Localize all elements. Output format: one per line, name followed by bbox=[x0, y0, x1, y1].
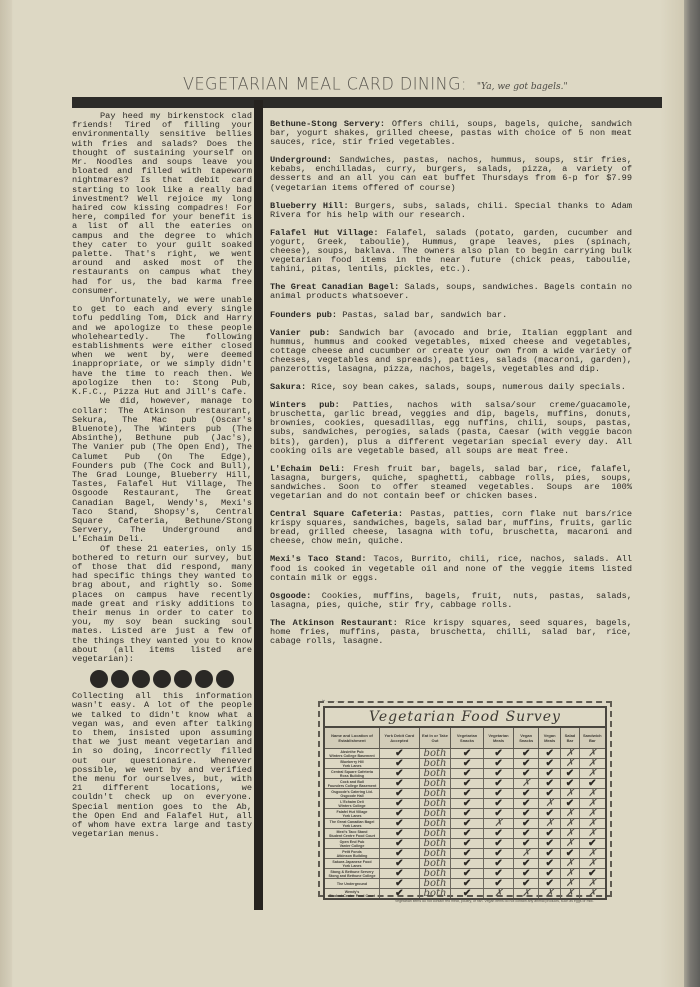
survey-row: Cock and BullFounders College Basement✔b… bbox=[324, 779, 606, 789]
check-mark-icon: ✔ bbox=[451, 749, 483, 759]
check-mark-icon: ✔ bbox=[483, 809, 514, 819]
eat-in-take-out-value: both bbox=[419, 779, 451, 789]
establishment-cell: The Underground bbox=[324, 879, 380, 889]
survey-row: The Underground✔both✔✔✔✔✗✗ bbox=[324, 879, 606, 889]
masthead: VEGETARIAN MEAL CARD DINING: "Ya, we got… bbox=[183, 74, 603, 96]
establishment-cell: Wendy'sStudent Centre Food Court bbox=[324, 889, 380, 900]
check-mark-icon: ✔ bbox=[483, 829, 514, 839]
check-mark-icon: ✔ bbox=[380, 869, 420, 879]
establishment-location: Founders College Basement bbox=[325, 784, 379, 788]
separator-dot bbox=[111, 670, 129, 688]
check-mark-icon: ✔ bbox=[380, 839, 420, 849]
check-mark-icon: ✔ bbox=[539, 879, 561, 889]
establishment-cell: Open End PubVanier College bbox=[324, 839, 380, 849]
check-mark-icon: ✔ bbox=[483, 839, 514, 849]
survey-row: Blueberry HillYork Lanes✔both✔✔✔✔✗✗ bbox=[324, 759, 606, 769]
check-mark-icon: ✔ bbox=[539, 829, 561, 839]
x-mark-icon: ✗ bbox=[561, 829, 579, 839]
check-mark-icon: ✔ bbox=[380, 879, 420, 889]
x-mark-icon: ✗ bbox=[483, 819, 514, 829]
x-mark-icon: ✗ bbox=[514, 779, 539, 789]
survey-column-header: Sandwich Bar bbox=[579, 727, 606, 749]
x-mark-icon: ✗ bbox=[579, 799, 606, 809]
establishment-location: York Lanes bbox=[325, 824, 379, 828]
x-mark-icon: ✗ bbox=[579, 759, 606, 769]
survey-column-header: Eat In or Take Out bbox=[419, 727, 451, 749]
survey-row: Mexi's Taco StandStudent Centre Food Cou… bbox=[324, 829, 606, 839]
establishment-cell: Central Square CafeteriaRoss Building bbox=[324, 769, 380, 779]
header-rule bbox=[72, 97, 662, 108]
x-mark-icon: ✗ bbox=[514, 889, 539, 900]
x-mark-icon: ✗ bbox=[561, 809, 579, 819]
establishment-name: Central Square Cafeteria bbox=[325, 770, 379, 774]
listing-entry: Founders pub: Pastas, salad bar, sandwic… bbox=[270, 311, 632, 320]
check-mark-icon: ✔ bbox=[514, 759, 539, 769]
check-mark-icon: ✔ bbox=[539, 839, 561, 849]
x-mark-icon: ✗ bbox=[579, 809, 606, 819]
x-mark-icon: ✗ bbox=[514, 849, 539, 859]
x-mark-icon: ✗ bbox=[579, 819, 606, 829]
x-mark-icon: ✗ bbox=[539, 799, 561, 809]
establishment-cell: L'Echaim DeliWinters College bbox=[324, 799, 380, 809]
listing-entry: Bethune-Stong Servery: Offers chili, sou… bbox=[270, 120, 632, 147]
check-mark-icon: ✔ bbox=[579, 839, 606, 849]
check-mark-icon: ✔ bbox=[483, 859, 514, 869]
check-mark-icon: ✔ bbox=[380, 809, 420, 819]
survey-column-header: Name and Location of Establishment bbox=[324, 727, 380, 749]
listing-name: Founders pub: bbox=[270, 310, 337, 320]
x-mark-icon: ✗ bbox=[539, 819, 561, 829]
page-fold-shadow bbox=[0, 0, 12, 987]
eat-in-take-out-value: both bbox=[419, 789, 451, 799]
x-mark-icon: ✗ bbox=[561, 889, 579, 900]
check-mark-icon: ✔ bbox=[483, 879, 514, 889]
establishment-location: York Lanes bbox=[325, 814, 379, 818]
check-mark-icon: ✔ bbox=[514, 829, 539, 839]
check-mark-icon: ✔ bbox=[539, 779, 561, 789]
separator-dot bbox=[195, 670, 213, 688]
establishment-location: Winters College bbox=[325, 804, 379, 808]
listing-entry: Central Square Cafeteria: Pastas, pattie… bbox=[270, 510, 632, 546]
survey-column-header: Vegan Snacks bbox=[514, 727, 539, 749]
check-mark-icon: ✔ bbox=[483, 759, 514, 769]
check-mark-icon: ✔ bbox=[451, 869, 483, 879]
listing-entry: Mexi's Taco Stand: Tacos, Burrito, chili… bbox=[270, 555, 632, 582]
survey-cutout: Vegetarian Food Survey Name and Location… bbox=[318, 701, 612, 897]
eat-in-take-out-value: both bbox=[419, 839, 451, 849]
check-mark-icon: ✔ bbox=[451, 849, 483, 859]
survey-row: Central Square CafeteriaRoss Building✔bo… bbox=[324, 769, 606, 779]
check-mark-icon: ✔ bbox=[539, 869, 561, 879]
establishment-cell: Falafel Hut VillageYork Lanes bbox=[324, 809, 380, 819]
establishment-location: Atkinson Building bbox=[325, 854, 379, 858]
x-mark-icon: ✗ bbox=[561, 839, 579, 849]
scanner-edge bbox=[684, 0, 700, 987]
survey-row: Open End PubVanier College✔both✔✔✔✔✗✔ bbox=[324, 839, 606, 849]
eat-in-take-out-value: both bbox=[419, 769, 451, 779]
x-mark-icon: ✗ bbox=[579, 889, 606, 900]
survey-row: Sakura Japanese FoodYork Lanes✔both✔✔✔✔✗… bbox=[324, 859, 606, 869]
listing-entry: Underground: Sandwiches, pastas, nachos,… bbox=[270, 156, 632, 192]
x-mark-icon: ✗ bbox=[579, 829, 606, 839]
x-mark-icon: ✗ bbox=[579, 859, 606, 869]
check-mark-icon: ✔ bbox=[380, 819, 420, 829]
check-mark-icon: ✔ bbox=[380, 859, 420, 869]
check-mark-icon: ✔ bbox=[539, 749, 561, 759]
survey-header-row: Name and Location of EstablishmentYork D… bbox=[324, 727, 606, 749]
check-mark-icon: ✔ bbox=[539, 769, 561, 779]
establishment-location: Osgoode Hall bbox=[325, 794, 379, 798]
masthead-title: VEGETARIAN MEAL CARD DINING: bbox=[183, 74, 467, 94]
check-mark-icon: ✔ bbox=[483, 749, 514, 759]
check-mark-icon: ✔ bbox=[514, 859, 539, 869]
check-mark-icon: ✔ bbox=[483, 849, 514, 859]
check-mark-icon: ✔ bbox=[483, 789, 514, 799]
x-mark-icon: ✗ bbox=[561, 759, 579, 769]
listing-entry: The Great Canadian Bagel: Salads, soups,… bbox=[270, 283, 632, 301]
separator-dot bbox=[132, 670, 150, 688]
eat-in-take-out-value: both bbox=[419, 819, 451, 829]
check-mark-icon: ✔ bbox=[483, 769, 514, 779]
check-mark-icon: ✔ bbox=[451, 759, 483, 769]
check-mark-icon: ✔ bbox=[483, 779, 514, 789]
check-mark-icon: ✔ bbox=[539, 849, 561, 859]
check-mark-icon: ✔ bbox=[483, 869, 514, 879]
check-mark-icon: ✔ bbox=[514, 809, 539, 819]
closing-paragraph: Collecting all this information wasn't e… bbox=[72, 692, 252, 839]
establishment-cell: Absinthe PubWinters College Basement bbox=[324, 749, 380, 759]
listing-entry: The Atkinson Restaurant: Rice krispy squ… bbox=[270, 619, 632, 646]
listing-text: Rice, soy bean cakes, salads, soups, num… bbox=[306, 382, 626, 392]
eat-in-take-out-value: both bbox=[419, 849, 451, 859]
survey-row: Wendy'sStudent Centre Food Court✔both✔✗✗… bbox=[324, 889, 606, 900]
check-mark-icon: ✔ bbox=[380, 769, 420, 779]
intro-paragraph: Pay heed my birkenstock clad friends! Ti… bbox=[72, 112, 252, 296]
check-mark-icon: ✔ bbox=[483, 799, 514, 809]
separator-dot bbox=[153, 670, 171, 688]
survey-row: Absinthe PubWinters College Basement✔bot… bbox=[324, 749, 606, 759]
eat-in-take-out-value: both bbox=[419, 759, 451, 769]
check-mark-icon: ✔ bbox=[451, 829, 483, 839]
check-mark-icon: ✔ bbox=[451, 879, 483, 889]
check-mark-icon: ✔ bbox=[539, 789, 561, 799]
check-mark-icon: ✔ bbox=[539, 759, 561, 769]
separator-dot bbox=[90, 670, 108, 688]
check-mark-icon: ✔ bbox=[451, 859, 483, 869]
establishment-location: York Lanes bbox=[325, 864, 379, 868]
eat-in-take-out-value: both bbox=[419, 829, 451, 839]
survey-row: Osgoode's Catering Ltd.Osgoode Hall✔both… bbox=[324, 789, 606, 799]
x-mark-icon: ✗ bbox=[579, 789, 606, 799]
listing-entry: Falafel Hut Village: Falafel, salads (po… bbox=[270, 229, 632, 274]
eat-in-take-out-value: both bbox=[419, 859, 451, 869]
check-mark-icon: ✔ bbox=[451, 839, 483, 849]
check-mark-icon: ✔ bbox=[380, 759, 420, 769]
separator-dot bbox=[216, 670, 234, 688]
check-mark-icon: ✔ bbox=[579, 869, 606, 879]
listing-text: Pastas, salad bar, sandwich bar. bbox=[337, 310, 507, 320]
check-mark-icon: ✔ bbox=[451, 779, 483, 789]
establishment-location: Stong and Bethune College bbox=[325, 874, 379, 878]
establishment-name: Stong & Bethune Servery bbox=[325, 870, 379, 874]
establishment-name: Sakura Japanese Food bbox=[325, 860, 379, 864]
eat-in-take-out-value: both bbox=[419, 749, 451, 759]
check-mark-icon: ✔ bbox=[539, 809, 561, 819]
check-mark-icon: ✔ bbox=[514, 799, 539, 809]
survey-row: Stong & Bethune ServeryStong and Bethune… bbox=[324, 869, 606, 879]
establishment-location: Student Centre Food Court bbox=[325, 894, 379, 898]
masthead-subtitle: "Ya, we got bagels." bbox=[477, 82, 568, 92]
listing-entry: Vanier pub: Sandwich bar (avocado and br… bbox=[270, 329, 632, 374]
check-mark-icon: ✔ bbox=[451, 889, 483, 900]
column-divider bbox=[254, 100, 263, 910]
establishment-name: The Underground bbox=[325, 882, 379, 886]
check-mark-icon: ✔ bbox=[514, 789, 539, 799]
establishment-location: Vanier College bbox=[325, 844, 379, 848]
establishment-location: Student Centre Food Court bbox=[325, 834, 379, 838]
listing-name: Sakura: bbox=[270, 382, 306, 392]
intro-paragraph: Of these 21 eateries, only 15 bothered t… bbox=[72, 545, 252, 665]
listing-entry: Sakura: Rice, soy bean cakes, salads, so… bbox=[270, 383, 632, 392]
establishment-cell: Petit FondsAtkinson Building bbox=[324, 849, 380, 859]
establishment-cell: Osgoode's Catering Ltd.Osgoode Hall bbox=[324, 789, 380, 799]
check-mark-icon: ✔ bbox=[561, 799, 579, 809]
establishment-name: The Great Canadian Bagel bbox=[325, 820, 379, 824]
check-mark-icon: ✔ bbox=[579, 779, 606, 789]
listing-entry: Winters pub: Patties, nachos with salsa/… bbox=[270, 401, 632, 456]
separator-dot bbox=[174, 670, 192, 688]
establishment-cell: Sakura Japanese FoodYork Lanes bbox=[324, 859, 380, 869]
intro-paragraph: We did, however, manage to collar: The A… bbox=[72, 397, 252, 544]
check-mark-icon: ✔ bbox=[514, 839, 539, 849]
establishment-location: Winters College Basement bbox=[325, 754, 379, 758]
listing-entry: L'Echaim Deli: Fresh fruit bar, bagels, … bbox=[270, 465, 632, 501]
check-mark-icon: ✔ bbox=[380, 849, 420, 859]
x-mark-icon: ✗ bbox=[579, 769, 606, 779]
survey-column-header: Salad Bar bbox=[561, 727, 579, 749]
survey-column-header: Vegetarian Meals bbox=[483, 727, 514, 749]
check-mark-icon: ✔ bbox=[514, 869, 539, 879]
eat-in-take-out-value: both bbox=[419, 879, 451, 889]
establishment-cell: Stong & Bethune ServeryStong and Bethune… bbox=[324, 869, 380, 879]
x-mark-icon: ✗ bbox=[539, 889, 561, 900]
x-mark-icon: ✗ bbox=[561, 819, 579, 829]
intro-paragraph: Unfortunately, we were unable to get to … bbox=[72, 296, 252, 397]
listing-entry: Blueberry Hill: Burgers, subs, salads, c… bbox=[270, 202, 632, 220]
x-mark-icon: ✗ bbox=[579, 879, 606, 889]
check-mark-icon: ✔ bbox=[451, 769, 483, 779]
check-mark-icon: ✔ bbox=[451, 809, 483, 819]
x-mark-icon: ✗ bbox=[579, 749, 606, 759]
eat-in-take-out-value: both bbox=[419, 869, 451, 879]
check-mark-icon: ✔ bbox=[561, 849, 579, 859]
check-mark-icon: ✔ bbox=[380, 749, 420, 759]
check-mark-icon: ✔ bbox=[380, 789, 420, 799]
restaurant-listings: Bethune-Stong Servery: Offers chili, sou… bbox=[270, 120, 632, 655]
listing-text: Patties, nachos with salsa/sour creme/gu… bbox=[270, 400, 632, 455]
establishment-name: Osgoode's Catering Ltd. bbox=[325, 790, 379, 794]
survey-row: Falafel Hut VillageYork Lanes✔both✔✔✔✔✗✗ bbox=[324, 809, 606, 819]
separator-dots bbox=[72, 670, 252, 688]
check-mark-icon: ✔ bbox=[561, 779, 579, 789]
establishment-cell: The Great Canadian BagelYork Lanes bbox=[324, 819, 380, 829]
survey-column-header: Vegetarian Snacks bbox=[451, 727, 483, 749]
establishment-location: York Lanes bbox=[325, 764, 379, 768]
eat-in-take-out-value: both bbox=[419, 889, 451, 900]
check-mark-icon: ✔ bbox=[514, 769, 539, 779]
check-mark-icon: ✔ bbox=[514, 879, 539, 889]
eat-in-take-out-value: both bbox=[419, 799, 451, 809]
check-mark-icon: ✔ bbox=[380, 799, 420, 809]
survey-row: The Great Canadian BagelYork Lanes✔both✔… bbox=[324, 819, 606, 829]
establishment-cell: Mexi's Taco StandStudent Centre Food Cou… bbox=[324, 829, 380, 839]
intro-column: Pay heed my birkenstock clad friends! Ti… bbox=[72, 112, 252, 839]
check-mark-icon: ✔ bbox=[514, 819, 539, 829]
survey-row: Petit FondsAtkinson Building✔both✔✔✗✔✔✗ bbox=[324, 849, 606, 859]
check-mark-icon: ✔ bbox=[451, 799, 483, 809]
survey-table: Vegetarian Food Survey Name and Location… bbox=[323, 706, 607, 900]
survey-column-header: York Debit Card Accepted bbox=[380, 727, 420, 749]
x-mark-icon: ✗ bbox=[561, 859, 579, 869]
listing-entry: Osgoode: Cookies, muffins, bagels, fruit… bbox=[270, 592, 632, 610]
x-mark-icon: ✗ bbox=[561, 869, 579, 879]
survey-title: Vegetarian Food Survey bbox=[324, 707, 606, 727]
x-mark-icon: ✗ bbox=[561, 749, 579, 759]
listing-text: Cookies, muffins, bagels, fruit, nuts, p… bbox=[270, 591, 632, 610]
check-mark-icon: ✔ bbox=[380, 829, 420, 839]
check-mark-icon: ✔ bbox=[380, 779, 420, 789]
x-mark-icon: ✗ bbox=[561, 789, 579, 799]
survey-footnote: Vegetarian items do not contain red meat… bbox=[395, 899, 615, 903]
establishment-location: Ross Building bbox=[325, 774, 379, 778]
x-mark-icon: ✗ bbox=[561, 879, 579, 889]
check-mark-icon: ✔ bbox=[380, 889, 420, 900]
establishment-cell: Blueberry HillYork Lanes bbox=[324, 759, 380, 769]
check-mark-icon: ✔ bbox=[561, 769, 579, 779]
x-mark-icon: ✗ bbox=[579, 849, 606, 859]
newspaper-page: VEGETARIAN MEAL CARD DINING: "Ya, we got… bbox=[0, 0, 700, 987]
x-mark-icon: ✗ bbox=[483, 889, 514, 900]
eat-in-take-out-value: both bbox=[419, 809, 451, 819]
check-mark-icon: ✔ bbox=[514, 749, 539, 759]
establishment-cell: Cock and BullFounders College Basement bbox=[324, 779, 380, 789]
survey-column-header: Vegan Meals bbox=[539, 727, 561, 749]
survey-row: L'Echaim DeliWinters College✔both✔✔✔✗✔✗ bbox=[324, 799, 606, 809]
check-mark-icon: ✔ bbox=[451, 819, 483, 829]
check-mark-icon: ✔ bbox=[539, 859, 561, 869]
check-mark-icon: ✔ bbox=[451, 789, 483, 799]
